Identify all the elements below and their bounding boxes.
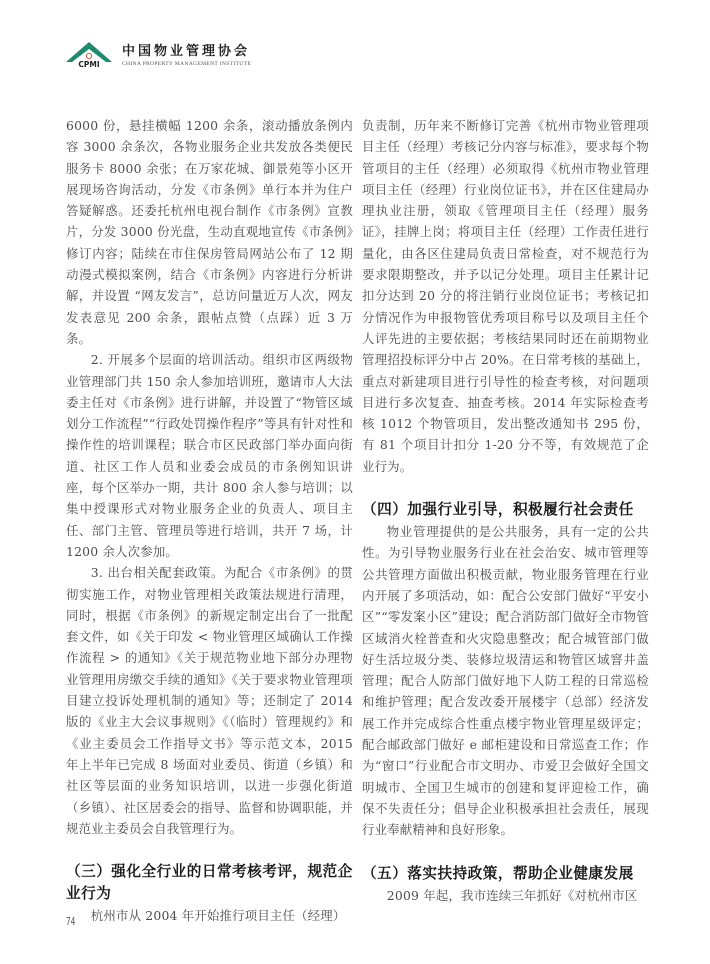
section-heading: （四）加强行业引导，积极履行社会责任	[362, 499, 649, 521]
section-heading: （五）落实扶持政策，帮助企业健康发展	[362, 863, 649, 885]
page-number: 74	[66, 915, 75, 928]
paragraph: 2009 年起，我市连续三年抓好《对杭州市区	[362, 885, 649, 906]
page-header: CPMI 中国物业管理协会 CHINA PROPERTY MANAGEMENT …	[66, 40, 251, 74]
paragraph: 物业管理提供的是公共服务，具有一定的公共性。为引导物业服务行业在社会治安、城市管…	[362, 521, 649, 840]
org-name-en: CHINA PROPERTY MANAGEMENT INSTITUTE	[122, 61, 251, 67]
paragraph: 2. 开展多个层面的培训活动。组织市区两级物业管理部门共 150 余人参加培训班…	[66, 349, 353, 562]
org-name-cn: 中国物业管理协会	[122, 44, 251, 59]
paragraph: 负责制，历年来不断修订完善《杭州市物业管理项目主任（经理）考核记分内容与标准》，…	[362, 115, 649, 477]
right-column: 负责制，历年来不断修订完善《杭州市物业管理项目主任（经理）考核记分内容与标准》，…	[362, 115, 649, 906]
roof-logo-icon: CPMI	[66, 40, 112, 70]
org-name: 中国物业管理协会 CHINA PROPERTY MANAGEMENT INSTI…	[122, 44, 251, 67]
section-heading: （三）强化全行业的日常考核考评，规范企业行为	[66, 861, 353, 905]
left-column: 6000 份，悬挂横幅 1200 余条，滚动播放条例内容 3000 余条次，各物…	[66, 115, 353, 926]
paragraph: 3. 出台相关配套政策。为配合《市条例》的贯彻实施工作，对物业管理相关政策法规进…	[66, 562, 353, 839]
cpmi-logo: CPMI	[66, 40, 112, 70]
svg-text:CPMI: CPMI	[78, 60, 99, 69]
paragraph: 杭州市从 2004 年开始推行项目主任（经理）	[66, 905, 353, 926]
paragraph: 6000 份，悬挂横幅 1200 余条，滚动播放条例内容 3000 余条次，各物…	[66, 115, 353, 349]
